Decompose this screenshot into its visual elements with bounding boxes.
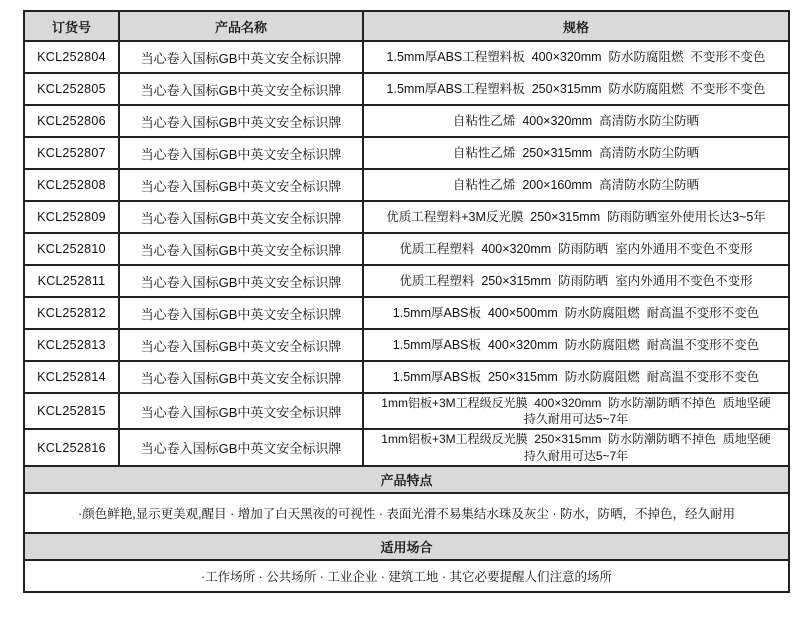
occasions-section-title: 适用场合 (24, 533, 789, 560)
spec-cell: 优质工程塑料 250×315mm 防雨防晒 室内外通用不变色不变形 (363, 265, 789, 297)
order-code-cell: KCL252804 (24, 41, 119, 73)
page: 订货号 产品名称 规格 KCL252804当心卷入国标GB中英文安全标识牌1.5… (0, 0, 800, 636)
table-row: KCL252804当心卷入国标GB中英文安全标识牌1.5mm厚ABS工程塑料板 … (24, 41, 789, 73)
table-row: KCL252809当心卷入国标GB中英文安全标识牌优质工程塑料+3M反光膜 25… (24, 201, 789, 233)
spec-cell: 1.5mm厚ABS板 400×320mm 防水防腐阻燃 耐高温不变形不变色 (363, 329, 789, 361)
product-name-cell: 当心卷入国标GB中英文安全标识牌 (119, 329, 363, 361)
product-name-cell: 当心卷入国标GB中英文安全标识牌 (119, 265, 363, 297)
features-section-bar: 产品特点 (24, 466, 789, 493)
product-name-cell: 当心卷入国标GB中英文安全标识牌 (119, 393, 363, 429)
order-code-cell: KCL252811 (24, 265, 119, 297)
table-header: 订货号 产品名称 规格 (24, 11, 789, 41)
order-code-cell: KCL252812 (24, 297, 119, 329)
product-name-cell: 当心卷入国标GB中英文安全标识牌 (119, 41, 363, 73)
table-row: KCL252807当心卷入国标GB中英文安全标识牌自粘性乙烯 250×315mm… (24, 137, 789, 169)
spec-cell: 1.5mm厚ABS板 400×500mm 防水防腐阻燃 耐高温不变形不变色 (363, 297, 789, 329)
table-row: KCL252814当心卷入国标GB中英文安全标识牌1.5mm厚ABS板 250×… (24, 361, 789, 393)
order-code-cell: KCL252809 (24, 201, 119, 233)
occasions-content-row: ·工作场所 · 公共场所 · 工业企业 · 建筑工地 · 其它必要提醒人们注意的… (24, 560, 789, 592)
spec-cell: 1mm铝板+3M工程级反光膜 400×320mm 防水防潮防晒不掉色 质地坚硬 … (363, 393, 789, 429)
product-name-cell: 当心卷入国标GB中英文安全标识牌 (119, 105, 363, 137)
order-code-cell: KCL252810 (24, 233, 119, 265)
spec-cell: 自粘性乙烯 200×160mm 高清防水防尘防晒 (363, 169, 789, 201)
product-name-cell: 当心卷入国标GB中英文安全标识牌 (119, 429, 363, 465)
order-code-cell: KCL252806 (24, 105, 119, 137)
table-row: KCL252811当心卷入国标GB中英文安全标识牌优质工程塑料 250×315m… (24, 265, 789, 297)
product-name-cell: 当心卷入国标GB中英文安全标识牌 (119, 73, 363, 105)
table-row: KCL252812当心卷入国标GB中英文安全标识牌1.5mm厚ABS板 400×… (24, 297, 789, 329)
info-sections: 产品特点 ·颜色鲜艳,显示更美观,醒目 · 增加了白天黑夜的可视性 · 表面光滑… (24, 466, 789, 592)
product-name-cell: 当心卷入国标GB中英文安全标识牌 (119, 137, 363, 169)
product-name-cell: 当心卷入国标GB中英文安全标识牌 (119, 297, 363, 329)
table-row: KCL252805当心卷入国标GB中英文安全标识牌1.5mm厚ABS工程塑料板 … (24, 73, 789, 105)
order-code-cell: KCL252813 (24, 329, 119, 361)
table-row: KCL252810当心卷入国标GB中英文安全标识牌优质工程塑料 400×320m… (24, 233, 789, 265)
occasions-text: ·工作场所 · 公共场所 · 工业企业 · 建筑工地 · 其它必要提醒人们注意的… (24, 560, 789, 592)
order-code-cell: KCL252807 (24, 137, 119, 169)
spec-cell: 1.5mm厚ABS板 250×315mm 防水防腐阻燃 耐高温不变形不变色 (363, 361, 789, 393)
product-spec-table: 订货号 产品名称 规格 KCL252804当心卷入国标GB中英文安全标识牌1.5… (23, 10, 790, 593)
table-row: KCL252808当心卷入国标GB中英文安全标识牌自粘性乙烯 200×160mm… (24, 169, 789, 201)
column-header-product-name: 产品名称 (119, 11, 363, 41)
product-name-cell: 当心卷入国标GB中英文安全标识牌 (119, 201, 363, 233)
order-code-cell: KCL252805 (24, 73, 119, 105)
features-content-row: ·颜色鲜艳,显示更美观,醒目 · 增加了白天黑夜的可视性 · 表面光滑不易集结水… (24, 493, 789, 533)
spec-cell: 优质工程塑料 400×320mm 防雨防晒 室内外通用不变色不变形 (363, 233, 789, 265)
table-row: KCL252815当心卷入国标GB中英文安全标识牌1mm铝板+3M工程级反光膜 … (24, 393, 789, 429)
spec-cell: 1mm铝板+3M工程级反光膜 250×315mm 防水防潮防晒不掉色 质地坚硬 … (363, 429, 789, 465)
header-row: 订货号 产品名称 规格 (24, 11, 789, 41)
order-code-cell: KCL252808 (24, 169, 119, 201)
order-code-cell: KCL252815 (24, 393, 119, 429)
occasions-section-bar: 适用场合 (24, 533, 789, 560)
column-header-order-code: 订货号 (24, 11, 119, 41)
product-rows: KCL252804当心卷入国标GB中英文安全标识牌1.5mm厚ABS工程塑料板 … (24, 41, 789, 466)
product-name-cell: 当心卷入国标GB中英文安全标识牌 (119, 233, 363, 265)
table-row: KCL252816当心卷入国标GB中英文安全标识牌1mm铝板+3M工程级反光膜 … (24, 429, 789, 465)
features-section-title: 产品特点 (24, 466, 789, 493)
product-name-cell: 当心卷入国标GB中英文安全标识牌 (119, 169, 363, 201)
order-code-cell: KCL252816 (24, 429, 119, 465)
spec-cell: 自粘性乙烯 400×320mm 高清防水防尘防晒 (363, 105, 789, 137)
spec-cell: 1.5mm厚ABS工程塑料板 400×320mm 防水防腐阻燃 不变形不变色 (363, 41, 789, 73)
spec-cell: 优质工程塑料+3M反光膜 250×315mm 防雨防晒室外使用长达3~5年 (363, 201, 789, 233)
order-code-cell: KCL252814 (24, 361, 119, 393)
product-name-cell: 当心卷入国标GB中英文安全标识牌 (119, 361, 363, 393)
spec-cell: 1.5mm厚ABS工程塑料板 250×315mm 防水防腐阻燃 不变形不变色 (363, 73, 789, 105)
spec-cell: 自粘性乙烯 250×315mm 高清防水防尘防晒 (363, 137, 789, 169)
column-header-spec: 规格 (363, 11, 789, 41)
table-row: KCL252813当心卷入国标GB中英文安全标识牌1.5mm厚ABS板 400×… (24, 329, 789, 361)
table-row: KCL252806当心卷入国标GB中英文安全标识牌自粘性乙烯 400×320mm… (24, 105, 789, 137)
features-text: ·颜色鲜艳,显示更美观,醒目 · 增加了白天黑夜的可视性 · 表面光滑不易集结水… (24, 493, 789, 533)
